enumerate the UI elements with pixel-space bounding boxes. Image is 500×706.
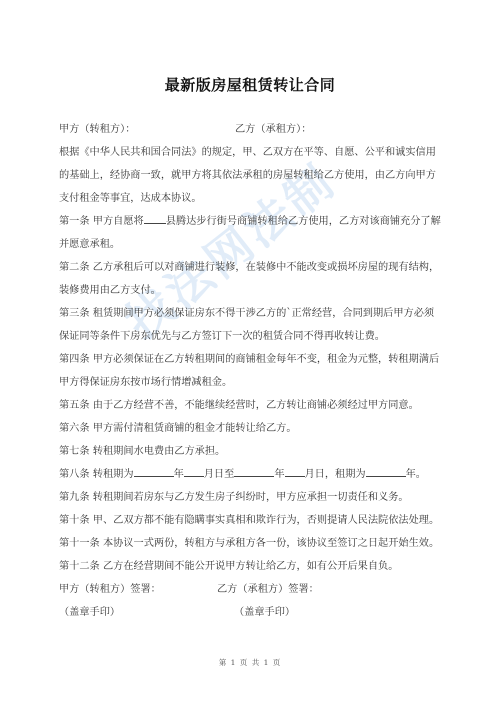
page-number-footer: 第 1 页 共 1 页: [0, 657, 500, 668]
preamble-line-2: 的基础上，经协商一致，就甲方将其依法承租的房屋转租给乙方使用，由乙方向甲方: [59, 164, 449, 187]
start-year-blank: [134, 464, 174, 477]
clause-2-line-1: 第二条 乙方承租后可以对商铺进行装修，在装修中不能改变或损坏房屋的现有结构，: [59, 256, 449, 279]
parties-row: 甲方（转租方）： 乙方（承租方）：: [59, 118, 449, 141]
clause-8-text-d: 年: [274, 469, 284, 480]
clause-4-line-1: 第四条 甲方必须保证在乙方转租期间的商铺租金每年不变，租金为元整，转租期满后: [59, 348, 449, 371]
party-b-label: 乙方（承租方）：: [235, 118, 311, 141]
end-month-blank: [285, 464, 305, 477]
signature-row: 甲方（转租方）签署： 乙方（承租方）签署：: [59, 578, 449, 601]
clause-5: 第五条 由于乙方经营不善，不能继续经营时，乙方转让商铺必须经过甲方同意。: [59, 394, 449, 417]
party-a-label: 甲方（转租方）：: [59, 124, 135, 135]
clause-11: 第十一条 本协议一式两份，转租方与承租方各一份，该协议至签订之日起开始生效。: [59, 532, 449, 555]
clause-8-text-f: 年。: [406, 469, 426, 480]
clause-8-text-b: 年: [174, 469, 184, 480]
clause-8: 第八条 转租期为年月日至年月日，租期为年。: [59, 463, 449, 486]
clause-8-text-e: 月日，租期为: [305, 469, 366, 480]
preamble-line-3: 支付租金等事宜，达成本协议。: [59, 187, 449, 210]
party-b-seal-label: （盖章手印）: [234, 601, 295, 624]
clause-3-line-1: 第三条 租赁期间甲方必须保证房东不得干涉乙方的`正常经营，合同到期后甲方必须: [59, 302, 449, 325]
start-month-blank: [184, 464, 204, 477]
clause-8-text-a: 第八条 转租期为: [59, 469, 134, 480]
clause-7: 第七条 转租期间水电费由乙方承担。: [59, 440, 449, 463]
end-year-blank: [234, 464, 274, 477]
clause-1-line-2: 并愿意承租。: [59, 233, 449, 256]
clause-4-line-2: 甲方得保证房东按市场行情增减租金。: [59, 371, 449, 394]
document-body: 甲方（转租方）： 乙方（承租方）： 根据《中华人民共和国合同法》的规定，甲、乙双…: [59, 118, 449, 624]
seal-row: （盖章手印） （盖章手印）: [59, 601, 449, 624]
county-blank: [144, 211, 166, 224]
clause-1: 第一条 甲方自愿将县腾达步行街号商铺转租给乙方使用，乙方对该商铺充分了解: [59, 210, 449, 233]
clause-10: 第十条 甲、乙双方都不能有隐瞒事实真相和欺诈行为，否则提请人民法院依法处理。: [59, 509, 449, 532]
clause-2-line-2: 装修费用由乙方支付。: [59, 279, 449, 302]
party-b-signature-label: 乙方（承租方）签署：: [217, 578, 319, 601]
party-a-signature-label: 甲方（转租方）签署：: [59, 584, 161, 595]
document-title: 最新版房屋租赁转让合同: [0, 74, 500, 95]
clause-8-text-c: 月日至: [204, 469, 235, 480]
clause-6: 第六条 甲方需付清租赁商铺的租金才能转让给乙方。: [59, 417, 449, 440]
document-page: 找法网法制 最新版房屋租赁转让合同 甲方（转租方）： 乙方（承租方）： 根据《中…: [0, 0, 500, 706]
clause-1-text-b: 县腾达步行街号商铺转租给乙方使用，乙方对该商铺充分了解: [166, 216, 441, 227]
clause-12: 第十二条 乙方在经营期间不能公开说甲方转让给乙方，如有公开后果自负。: [59, 555, 449, 578]
clause-1-text-a: 第一条 甲方自愿将: [59, 216, 144, 227]
clause-3-line-2: 保证同等条件下房东优先与乙方签订下一次的租赁合同不得再收转让费。: [59, 325, 449, 348]
party-a-seal-label: （盖章手印）: [59, 607, 120, 618]
preamble-line-1: 根据《中华人民共和国合同法》的规定，甲、乙双方在平等、自愿、公平和诚实信用: [59, 141, 449, 164]
term-years-blank: [366, 464, 406, 477]
clause-9: 第九条 转租期间若房东与乙方发生房子纠纷时，甲方应承担一切责任和义务。: [59, 486, 449, 509]
